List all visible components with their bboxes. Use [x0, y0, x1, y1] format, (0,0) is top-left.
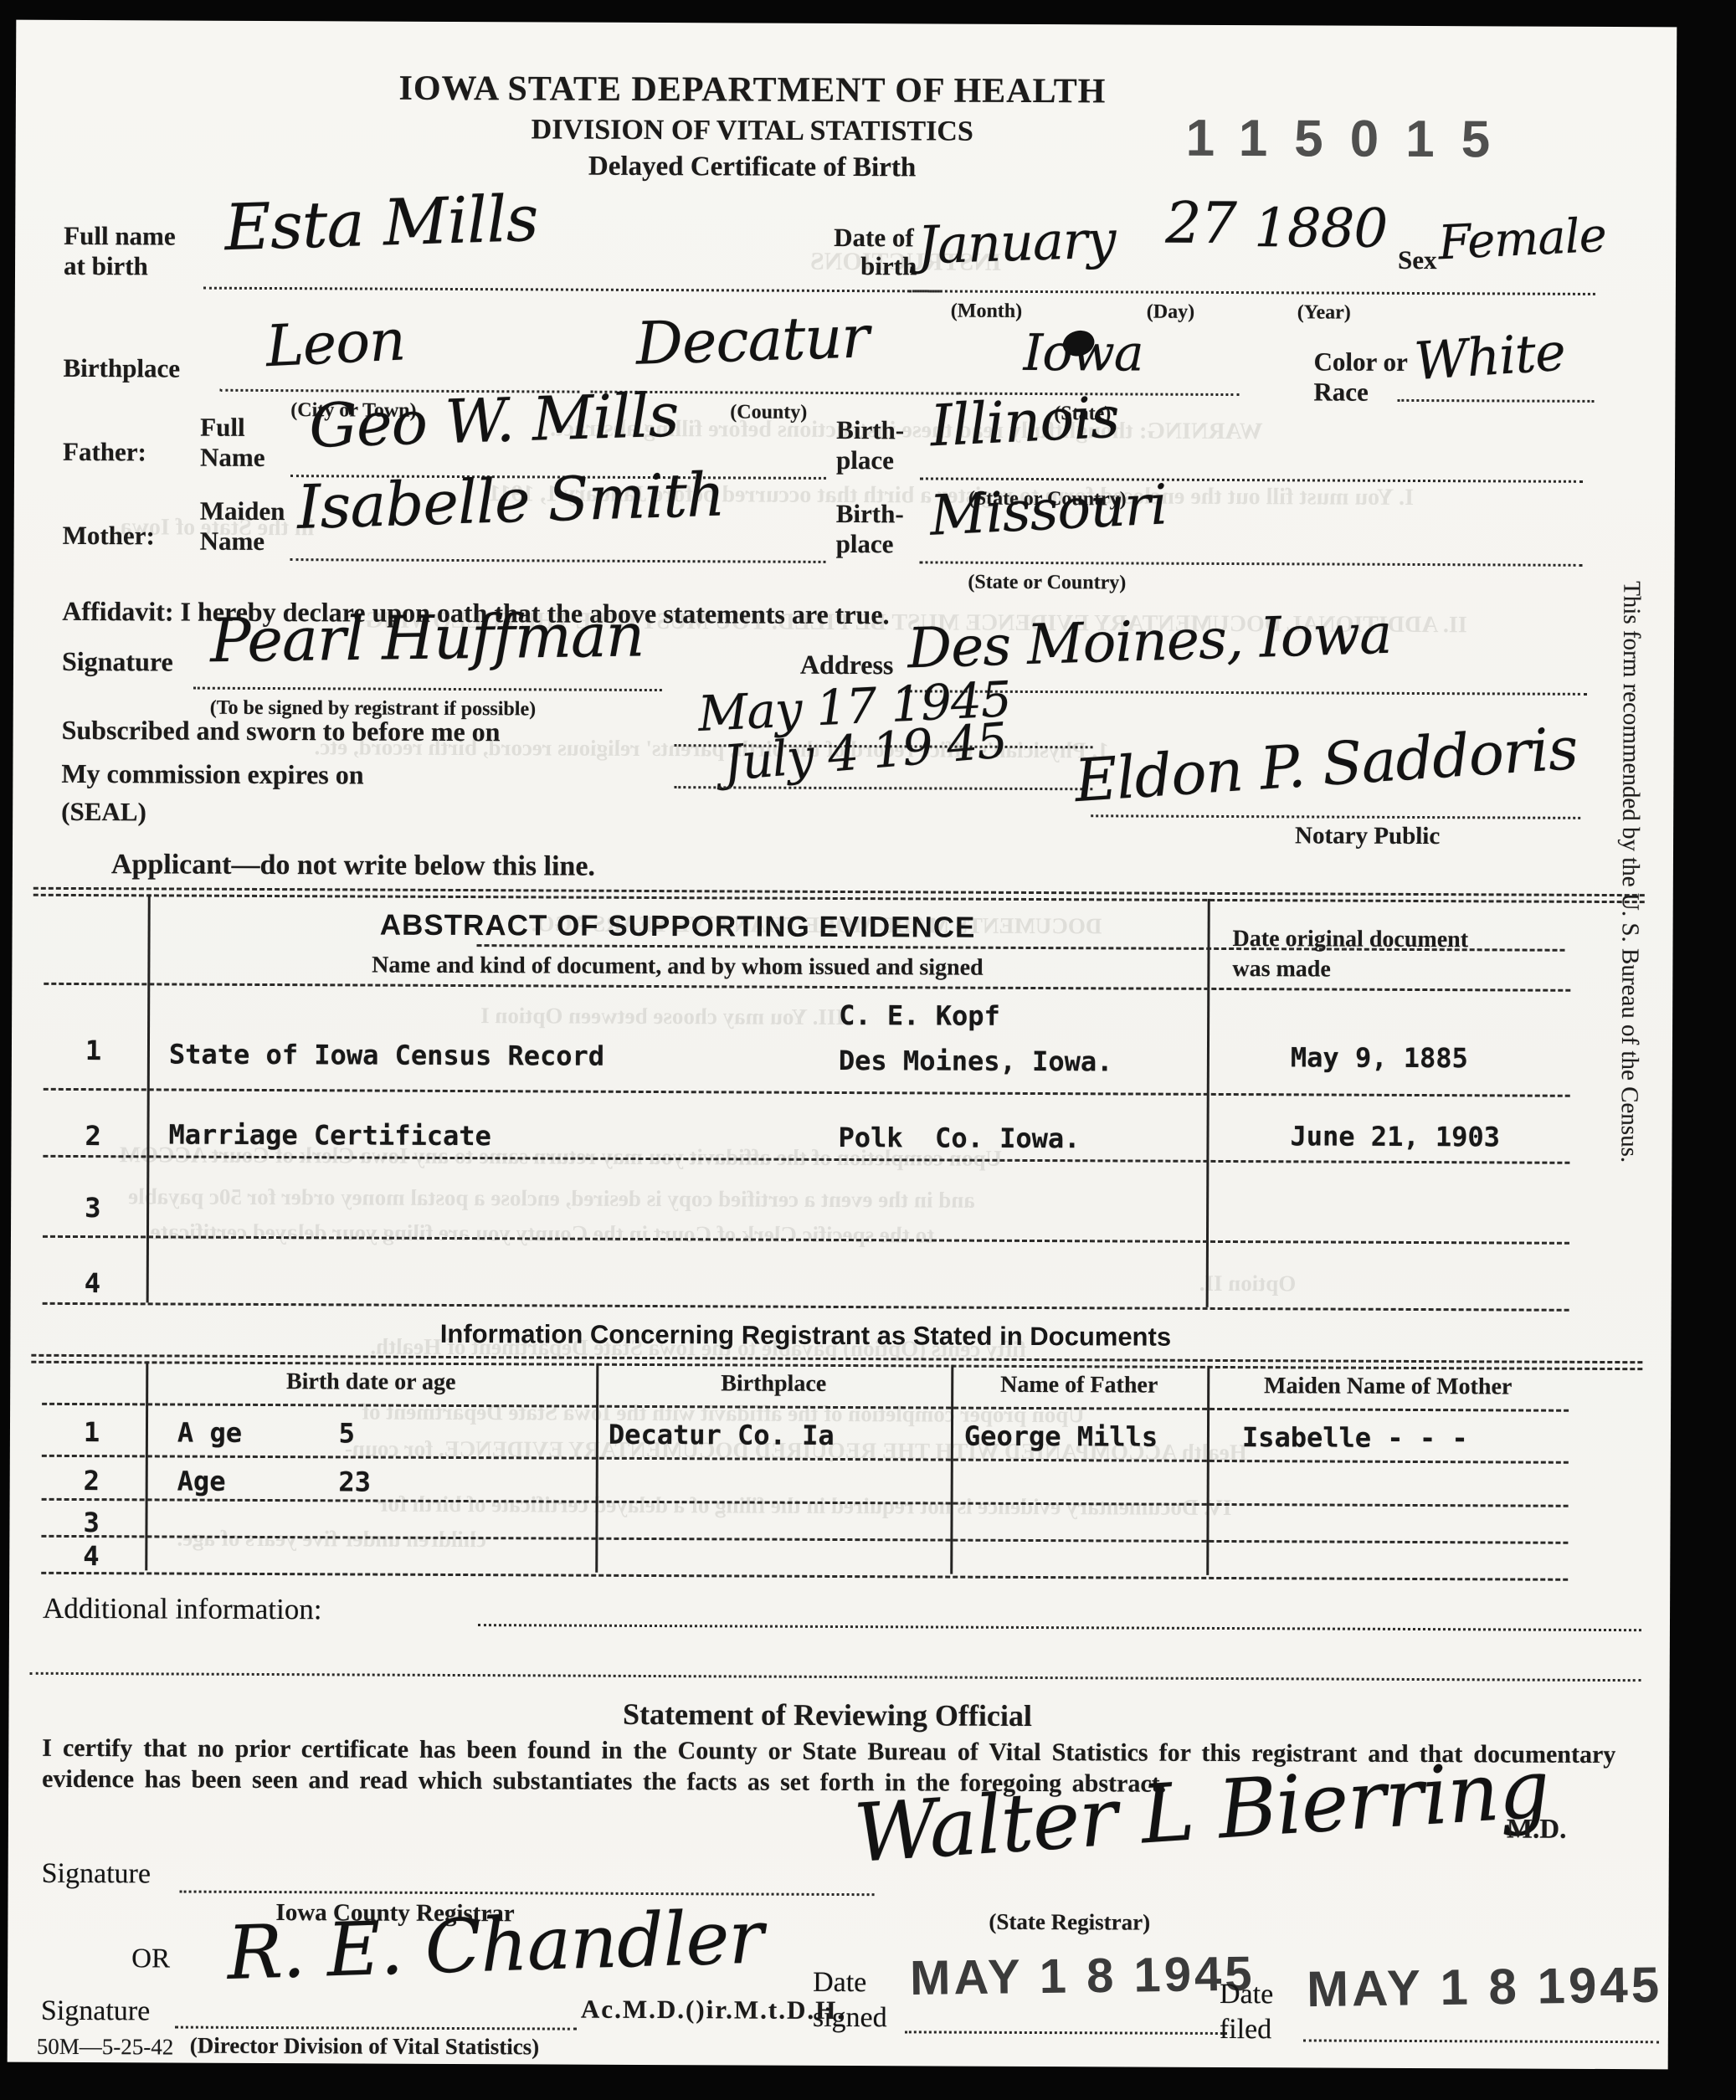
race-label2: Race [1313, 377, 1369, 407]
mother-birthplace-label: Birth- [836, 499, 904, 529]
ghost-text: and in the event a certified copy is des… [128, 1183, 975, 1213]
sex-value: Female [1437, 208, 1607, 271]
certificate-scan: INSTRUCTIONS WARNING: thoughtfully read … [8, 20, 1677, 2070]
mother-birthplace-label2: place [836, 529, 894, 559]
dotted-line [180, 1891, 875, 1897]
race-label: Color or [1313, 347, 1407, 377]
col-header-birthplace: Birthplace [596, 1370, 951, 1399]
seal-label: (SEAL) [61, 797, 146, 827]
ghost-text: IV. Documentary evidence is not required… [378, 1492, 1232, 1521]
dotted-line [909, 290, 1595, 295]
registrant-row-mother: Isabelle - - - [1242, 1421, 1468, 1454]
census-recommendation-note: This form recommended by the U. S. Burea… [1613, 581, 1645, 1543]
col-header-father: Name of Father [951, 1372, 1207, 1399]
abstract-row-issuer: Polk Co. Iowa. [838, 1122, 1080, 1154]
table-rule [44, 983, 1570, 992]
date-filed-stamp: MAY 1 8 1945 [1307, 1956, 1663, 2019]
abstract-row-number: 2 [85, 1120, 100, 1152]
abstract-row-number: 1 [85, 1035, 101, 1066]
birthplace-city-value: Leon [265, 307, 407, 380]
dob-label: Date of [834, 223, 914, 253]
table-rule [44, 1088, 1570, 1097]
mother-birthplace-value: Missouri [928, 472, 1168, 548]
sex-label: Sex [1398, 245, 1437, 275]
reviewing-title: Statement of Reviewing Official [40, 1694, 1614, 1736]
mother-name-label2: Name [200, 526, 265, 557]
certificate-number-stamp: 115015 [1186, 109, 1518, 170]
month-sub-label: (Month) [951, 300, 1022, 323]
registrant-row-number: 1 [84, 1416, 100, 1448]
table-rule [43, 1302, 1569, 1312]
dotted-line [193, 687, 662, 691]
year-sub-label: (Year) [1297, 301, 1351, 324]
dob-month-value: January [917, 208, 1116, 275]
notary-label: Notary Public [1295, 822, 1440, 850]
ghost-text: III. You may choose between Option I [480, 1003, 845, 1030]
registrant-row-number: 2 [84, 1465, 100, 1497]
abstract-row-issuer: C. E. Kopf [839, 999, 1000, 1032]
or-label: OR [131, 1943, 170, 1974]
date-signed-stamp: MAY 1 8 1945 [910, 1946, 1256, 2006]
dotted-line [30, 1672, 1641, 1682]
affidavit-signature-value: Pearl Huffman [210, 599, 645, 675]
dotted-line [905, 2031, 1227, 2035]
father-birthplace-label: Birth- [836, 415, 904, 445]
full-name-label: Full name [64, 221, 176, 252]
signature2-overprint: Ac.M.D.()ir.M.t.D.H. [581, 1995, 845, 2026]
dotted-line [1091, 814, 1580, 819]
dotted-line [478, 1624, 1641, 1631]
registrant-table-title: Information Concerning Registrant as Sta… [42, 1317, 1569, 1354]
mother-label: Mother: [63, 521, 155, 551]
col-header-mother: Maiden Name of Mother [1207, 1373, 1569, 1401]
dotted-line [1397, 399, 1594, 403]
dotted-line [290, 558, 826, 563]
director-signature: R. E. Chandler [226, 1893, 764, 1996]
father-name-label2: Name [200, 443, 265, 473]
director-sub-label: (Director Division of Vital Statistics) [190, 2033, 540, 2061]
registrant-row-birthplace: Decatur Co. Ia [609, 1419, 835, 1451]
form-code: 50M—5-25-42 [37, 2034, 174, 2061]
abstract-row-date: May 9, 1885 [1291, 1041, 1468, 1074]
birthplace-county-value: Decatur [634, 302, 870, 377]
table-rule [41, 1572, 1568, 1581]
registrant-row-birth: Age 23 [177, 1466, 371, 1498]
date-signed-label: Date [813, 1967, 866, 1999]
father-birthplace-value: Illinois [928, 385, 1120, 460]
additional-info-label: Additional information: [43, 1592, 322, 1626]
affidavit-signature-label: Signature [62, 646, 173, 678]
abstract-row-date: June 21, 1903 [1290, 1120, 1500, 1153]
ghost-text: Option II. [1199, 1271, 1297, 1297]
mother-bp-sub-label: (State or Country) [968, 572, 1126, 595]
state-registrar-sub-label: (State Registrar) [989, 1909, 1150, 1936]
abstract-table-title: ABSTRACT OF SUPPORTING EVIDENCE [148, 907, 1208, 946]
dotted-line [920, 561, 1583, 566]
date-signed-label2: signed [813, 2002, 887, 2034]
abstract-row-number: 4 [85, 1267, 100, 1299]
day-sub-label: (Day) [1147, 301, 1194, 324]
birthplace-label: Birthplace [63, 353, 180, 384]
dob-day-value: 27 [1165, 191, 1236, 257]
father-birthplace-label2: place [836, 445, 894, 475]
page-title: IOWA STATE DEPARTMENT OF HEALTH [16, 67, 1489, 114]
registrant-row-father: George Mills [964, 1420, 1158, 1453]
mother-name-label: Maiden [200, 496, 285, 526]
dob-label2: birth [860, 251, 917, 281]
race-value: White [1412, 321, 1566, 393]
abstract-row-doc: Marriage Certificate [168, 1118, 490, 1152]
signature1-label: Signature [42, 1858, 151, 1891]
address-value: Des Moines, Iowa [907, 602, 1392, 681]
abstract-row-doc: State of Iowa Census Record [169, 1038, 604, 1071]
abstract-row-issuer2: Des Moines, Iowa. [839, 1045, 1113, 1077]
dotted-line [203, 287, 940, 293]
father-name-value: Geo W. Mills [308, 379, 680, 460]
dotted-line [1303, 2039, 1659, 2043]
father-name-label: Full [200, 413, 245, 443]
county-sub-label: (County) [730, 401, 807, 424]
sworn-label: Subscribed and sworn to before me on [62, 715, 501, 747]
date-filed-label: Date [1220, 1979, 1273, 2010]
registrant-row-number: 4 [83, 1540, 99, 1572]
dotted-line [175, 2026, 577, 2031]
ghost-text: to the specific Clerk of Court in the Co… [145, 1219, 934, 1248]
full-name-value: Esta Mills [223, 181, 539, 264]
notary-signature: Eldon P. Saddoris [1072, 714, 1579, 815]
full-name-label2: at birth [64, 251, 148, 281]
registrant-row-number: 3 [83, 1507, 99, 1538]
abstract-doc-column-header: Name and kind of document, and by whom i… [147, 951, 1207, 983]
commission-label: My commission expires on [61, 758, 363, 791]
registrant-row-birth: A ge 5 [177, 1417, 355, 1450]
signature2-label: Signature [41, 1995, 150, 2028]
date-filed-label2: filed [1220, 2014, 1271, 2046]
col-header-birth: Birth date or age [146, 1368, 596, 1396]
md-label: M.D. [1507, 1814, 1567, 1845]
abstract-row-number: 3 [85, 1192, 100, 1224]
abstract-date-column-header2: was made [1232, 956, 1331, 983]
dob-year-value: 1880 [1254, 198, 1387, 260]
applicant-note: Applicant—do not write below this line. [111, 849, 595, 883]
father-label: Father: [63, 437, 146, 467]
mother-name-value: Isabelle Smith [296, 459, 726, 542]
abstract-date-column-header: Date original document [1232, 926, 1468, 953]
